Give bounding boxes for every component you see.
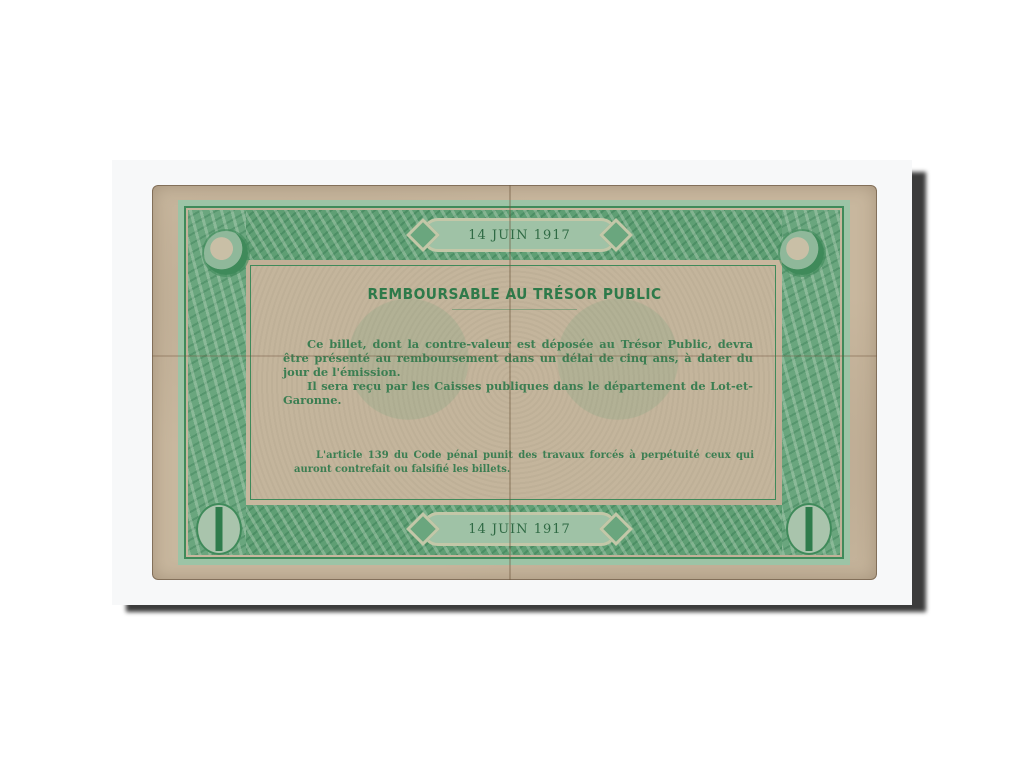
banknote: 14 JUIN 1917 14 JUIN 1917 REMBOURSABLE A… (152, 185, 877, 580)
redemption-paragraph: Ce billet, dont la contre-valeur est dép… (283, 337, 753, 379)
bottom-date-cartouche: 14 JUIN 1917 (422, 512, 617, 546)
bottom-left-denomination-medallion (196, 503, 242, 555)
title-underline (452, 309, 577, 310)
acceptance-paragraph: Il sera reçu par les Caisses publiques d… (283, 379, 753, 407)
issue-date-top: 14 JUIN 1917 (468, 228, 571, 243)
top-left-rosette-icon (204, 231, 248, 275)
horizontal-fold-crease (152, 355, 877, 357)
issue-date-bottom: 14 JUIN 1917 (468, 522, 571, 537)
note-title: REMBOURSABLE AU TRÉSOR PUBLIC (181, 285, 848, 303)
counterfeit-warning: L'article 139 du Code pénal punit des tr… (294, 449, 754, 477)
top-date-cartouche: 14 JUIN 1917 (422, 218, 617, 252)
denomination-one-glyph (216, 507, 223, 551)
top-right-rosette-icon (780, 231, 824, 275)
bottom-right-denomination-medallion (786, 503, 832, 555)
legal-notice: L'article 139 du Code pénal punit des tr… (294, 449, 754, 477)
vertical-fold-crease (509, 185, 511, 580)
redemption-text: Ce billet, dont la contre-valeur est dép… (283, 337, 753, 407)
denomination-one-glyph (806, 507, 813, 551)
